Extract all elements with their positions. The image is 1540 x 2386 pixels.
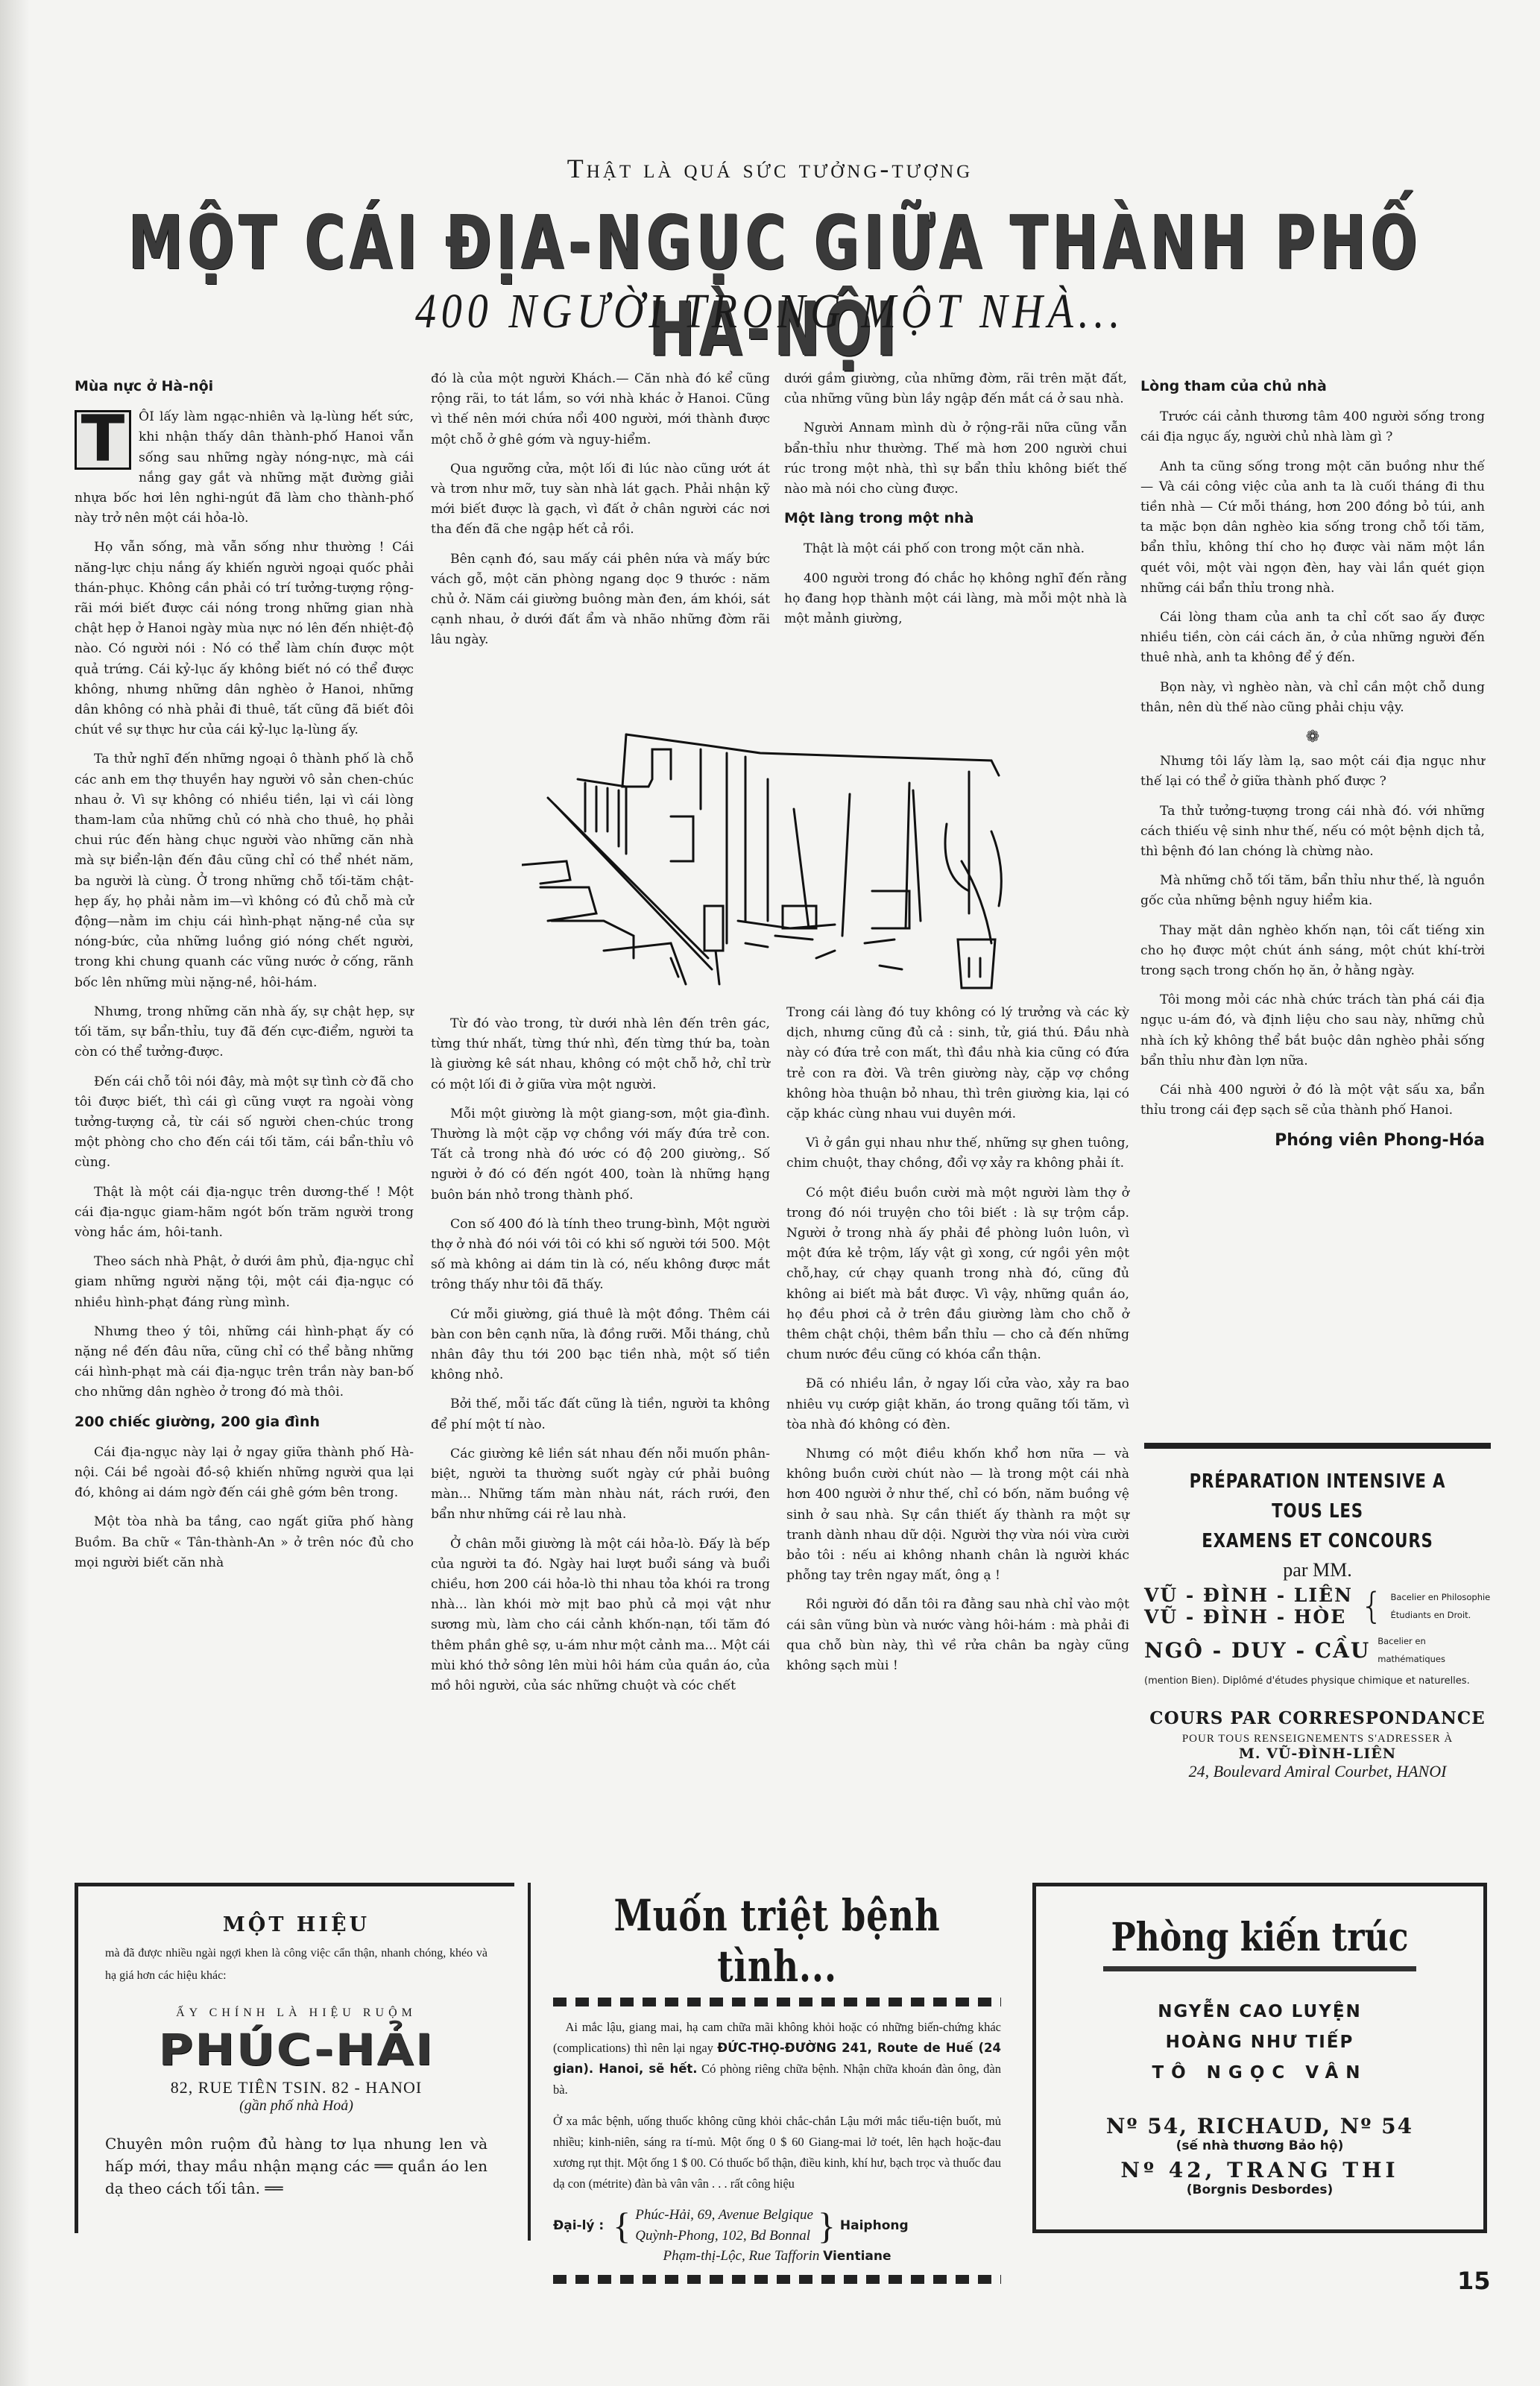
paragraph: Nhưng theo ý tôi, những cái hình-phạt ấy… bbox=[75, 1322, 414, 1403]
paragraph: Bên cạnh đó, sau mấy cái phên nứa và mấy… bbox=[431, 550, 770, 651]
paragraph: Cái địa-ngục này lại ở ngay giữa thành p… bbox=[75, 1443, 414, 1504]
paragraph: Mỗi một giường là một giang-sơn, một gia… bbox=[431, 1104, 770, 1206]
article-column-3-bottom: Trong cái làng đó tuy không có lý trưởng… bbox=[786, 1003, 1129, 1685]
phuc-hai-dye-shop-ad: MỘT HIỆU mà đã được nhiều ngài ngợi khen… bbox=[75, 1883, 514, 2233]
duc-tho-duong-medical-ad: Muốn triệt bệnh tình... Ai mắc lậu, gian… bbox=[528, 1883, 1023, 2241]
paragraph: Từ đó vào trong, từ dưới nhà lên đến trê… bbox=[431, 1014, 770, 1095]
tutor-name: VŨ - ĐÌNH - HÒE bbox=[1144, 1606, 1353, 1628]
paragraph: Vì ở gần gụi nhau như thế, những sự ghen… bbox=[786, 1133, 1129, 1174]
scan-page-edge bbox=[0, 0, 30, 2386]
page-number: 15 bbox=[1457, 2267, 1491, 2295]
article-column-3-top: dưới gầm giường, của những đờm, rãi trên… bbox=[784, 369, 1127, 638]
paragraph: Đã có nhiều lần, ở ngay lối cửa vào, xảy… bbox=[786, 1374, 1129, 1435]
architect-name: TÔ NGỌC VÂN bbox=[1036, 2058, 1483, 2088]
ad-heading: Muốn triệt bệnh tình... bbox=[580, 1890, 974, 1992]
contact-address: 24, Boulevard Amiral Courbet, HANOI bbox=[1144, 1762, 1491, 1781]
ad-kicker: ẤY CHÍNH LÀ HIỆU RUỘM bbox=[78, 2006, 514, 2020]
paragraph: Thay mặt dân nghèo khốn nạn, tôi cất tiế… bbox=[1140, 921, 1485, 982]
tutor-group: NGÔ - DUY - CẦU Bacelier en mathématique… bbox=[1144, 1632, 1491, 1668]
ad-title-line-2: EXAMENS ET CONCOURS bbox=[1175, 1526, 1459, 1556]
paragraph: Qua ngưỡng cửa, một lối đi lúc nào cũng … bbox=[431, 459, 770, 541]
paragraph: Trong cái làng đó tuy không có lý trưởng… bbox=[786, 1003, 1129, 1124]
paragraph: 400 người trong đó chắc họ không nghĩ đế… bbox=[784, 569, 1127, 630]
section-heading: Mùa nực ở Hà-nội bbox=[75, 377, 414, 397]
tutor-name: NGÔ - DUY - CẦU bbox=[1144, 1638, 1370, 1663]
street-illustration bbox=[522, 720, 1044, 995]
architect-name: NGYỄN CAO LUYỆN bbox=[1036, 1997, 1483, 2027]
agent-city: Haiphong bbox=[840, 2218, 909, 2233]
paragraph: Ta thử nghĩ đến những ngoại ô thành phố … bbox=[75, 749, 414, 992]
agent-line: Phạm-thị-Lộc, Rue Tafforin Vientiane bbox=[531, 2248, 1023, 2264]
ornamental-border bbox=[553, 1998, 1001, 2006]
contact-name: M. VŨ-ĐÌNH-LIÊN bbox=[1144, 1746, 1491, 1762]
paragraph: Bọn này, vì nghèo nàn, và chỉ cần một ch… bbox=[1140, 678, 1485, 718]
shop-landmark: (gần phố nhà Hoả) bbox=[78, 2097, 514, 2115]
architect-names: NGYỄN CAO LUYỆN HOÀNG NHƯ TIẾP TÔ NGỌC V… bbox=[1036, 1997, 1483, 2088]
paragraph: Có một điều buồn cười mà một người làm t… bbox=[786, 1183, 1129, 1366]
agents-label: Đại-lý : bbox=[553, 2218, 604, 2233]
paragraph: Trước cái cảnh thương tâm 400 người sống… bbox=[1140, 407, 1485, 447]
paragraph: Nhưng có một điều khốn khổ hơn nữa — và … bbox=[786, 1444, 1129, 1586]
drop-cap: T bbox=[75, 410, 131, 470]
address-note: (Borgnis Desbordes) bbox=[1036, 2182, 1483, 2197]
paragraph: Ta thử tưởng-tượng trong cái nhà đó. với… bbox=[1140, 802, 1485, 863]
tutor-credential: Bacelier en Philosophie bbox=[1391, 1588, 1491, 1606]
paragraph: Thật là một cái phố con trong một căn nh… bbox=[784, 539, 1127, 559]
paragraph: Cái nhà 400 người ở đó là một vật sấu xa… bbox=[1140, 1080, 1485, 1121]
office-address: Nº 54, RICHAUD, Nº 54 bbox=[1036, 2114, 1483, 2138]
shop-address: 82, RUE TIÊN TSIN. 82 - HANOI bbox=[78, 2078, 514, 2097]
section-heading: 200 chiếc giường, 200 gia đình bbox=[75, 1412, 414, 1432]
brace-icon: { bbox=[613, 2211, 631, 2241]
section-heading: Lòng tham của chủ nhà bbox=[1140, 377, 1485, 397]
paragraph: đó là của một người Khách.— Căn nhà đó k… bbox=[431, 369, 770, 450]
section-heading: Một làng trong một nhà bbox=[784, 509, 1127, 529]
paragraph: Cứ mỗi giường, giá thuê là một đồng. Thê… bbox=[431, 1305, 770, 1386]
contact-instruction: POUR TOUS RENSEIGNEMENTS S'ADRESSER À bbox=[1144, 1733, 1491, 1746]
ad-heading: Phòng kiến trúc bbox=[1070, 1915, 1450, 1960]
agent-city: Vientiane bbox=[823, 2249, 891, 2264]
brace-icon: } bbox=[818, 2211, 836, 2241]
agents-list: Đại-lý : { Phúc-Hải, 69, Avenue Belgique… bbox=[553, 2205, 1001, 2247]
paragraph: Anh ta cũng sống trong một căn buồng như… bbox=[1140, 457, 1485, 599]
office-address: Nº 42, TRANG THI bbox=[1036, 2158, 1483, 2182]
tutor-credential-detail: (mention Bien). Diplômé d'études physiqu… bbox=[1144, 1668, 1491, 1695]
tutor-name: VŨ - ĐÌNH - LIÊN bbox=[1144, 1584, 1353, 1606]
article-column-4: Lòng tham của chủ nhà Trước cái cảnh thư… bbox=[1140, 369, 1485, 1150]
ad-by-line: par MM. bbox=[1144, 1559, 1491, 1581]
byline-signature: Phóng viên Phong-Hóa bbox=[1140, 1130, 1485, 1150]
paragraph: Đến cái chỗ tôi nói đây, mà một sự tình … bbox=[75, 1072, 414, 1174]
paragraph: Cái lòng tham của anh ta chỉ cốt sao ấy … bbox=[1140, 608, 1485, 669]
ad-paragraph: Ai mắc lậu, giang mai, hạ cam chữa mãi k… bbox=[553, 2017, 1001, 2100]
brand-name: PHÚC-HẢI bbox=[78, 2026, 514, 2076]
architect-name: HOÀNG NHƯ TIẾP bbox=[1036, 2027, 1483, 2058]
agent-address: Quỳnh-Phong, 102, Bd Bonnal bbox=[635, 2228, 810, 2244]
ad-intro: mà đã được nhiều ngài ngợi khen là công … bbox=[105, 1942, 487, 1987]
article-column-2-top: đó là của một người Khách.— Căn nhà đó k… bbox=[431, 369, 770, 660]
paragraph: Người Annam mình dù ở rộng-rãi nữa cũng … bbox=[784, 418, 1127, 500]
ad-title-line-1: PRÉPARATION INTENSIVE A TOUS LES bbox=[1175, 1467, 1459, 1526]
ad-description: Chuyên môn ruộm đủ hàng tơ lụa nhung len… bbox=[105, 2132, 487, 2200]
paragraph: TÔI lấy làm ngạc-nhiên và lạ-lùng hết sứ… bbox=[75, 407, 414, 529]
article-column-2-bottom: Từ đó vào trong, từ dưới nhà lên đến trê… bbox=[431, 1014, 770, 1705]
divider-rule bbox=[1103, 1966, 1416, 1971]
paragraph: dưới gầm giường, của những đờm, rãi trên… bbox=[784, 369, 1127, 409]
agent-address: Phúc-Hải, 69, Avenue Belgique bbox=[635, 2207, 813, 2223]
paragraph: Các giường kê liền sát nhau đến nỗi muốn… bbox=[431, 1444, 770, 1526]
tutor-credential: Étudiants en Droit. bbox=[1391, 1606, 1491, 1624]
headline-kicker: Thật là quá sức tưởng-tượng bbox=[0, 153, 1540, 184]
ad-paragraph: Ở xa mắc bệnh, uống thuốc không cũng khỏ… bbox=[553, 2111, 1001, 2194]
address-note: (sế nhà thương Bảo hộ) bbox=[1036, 2138, 1483, 2153]
paragraph: Nhưng tôi lấy làm lạ, sao một cái địa ng… bbox=[1140, 752, 1485, 792]
ornament-icon: ❁ bbox=[1140, 727, 1485, 747]
ornamental-border bbox=[553, 2275, 1001, 2284]
paragraph: Nhưng, trong những căn nhà ấy, sự chật h… bbox=[75, 1002, 414, 1063]
tutor-credential: Bacelier en mathématiques bbox=[1378, 1632, 1491, 1668]
agent-addresses: Phúc-Hải, 69, Avenue Belgique Quỳnh-Phon… bbox=[635, 2205, 813, 2247]
brace-icon: { bbox=[1360, 1591, 1383, 1621]
paragraph: Thật là một cái địa-ngục trên dương-thế … bbox=[75, 1183, 414, 1244]
architecture-office-ad: Phòng kiến trúc NGYỄN CAO LUYỆN HOÀNG NH… bbox=[1032, 1883, 1487, 2233]
paragraph: Ở chân mỗi giường là một cái hỏa-lò. Đấy… bbox=[431, 1534, 770, 1697]
agent-address: Phạm-thị-Lộc, Rue Tafforin bbox=[663, 2248, 819, 2264]
exam-prep-ad: PRÉPARATION INTENSIVE A TOUS LES EXAMENS… bbox=[1144, 1443, 1491, 1781]
paragraph: Theo sách nhà Phật, ở dưới âm phủ, địa-n… bbox=[75, 1252, 414, 1313]
paragraph: Một tòa nhà ba tầng, cao ngất giữa phố h… bbox=[75, 1512, 414, 1573]
ad-heading: MỘT HIỆU bbox=[78, 1913, 514, 1936]
paragraph: Rồi người đó dẫn tôi ra đằng sau nhà chỉ… bbox=[786, 1595, 1129, 1676]
paragraph: Mà những chỗ tối tăm, bẩn thỉu như thế, … bbox=[1140, 871, 1485, 911]
divider-rule bbox=[1144, 1443, 1491, 1449]
paragraph: Con số 400 đó là tính theo trung-bình, M… bbox=[431, 1215, 770, 1296]
paragraph: Bởi thế, mỗi tấc đất cũng là tiền, người… bbox=[431, 1394, 770, 1435]
correspondence-heading: COURS PAR CORRESPONDANCE bbox=[1144, 1708, 1491, 1728]
paragraph: Tôi mong mỏi các nhà chức trách tàn phá … bbox=[1140, 990, 1485, 1071]
article-column-1: Mùa nực ở Hà-nội TÔI lấy làm ngạc-nhiên … bbox=[75, 369, 414, 1582]
tutor-group: VŨ - ĐÌNH - LIÊN VŨ - ĐÌNH - HÒE { Bacel… bbox=[1144, 1584, 1491, 1628]
subheadline: 400 NGƯỜI TRONG MỘT NHÀ... bbox=[116, 283, 1424, 340]
paragraph: Họ vẫn sống, mà vẫn sống như thường ! Cá… bbox=[75, 538, 414, 740]
